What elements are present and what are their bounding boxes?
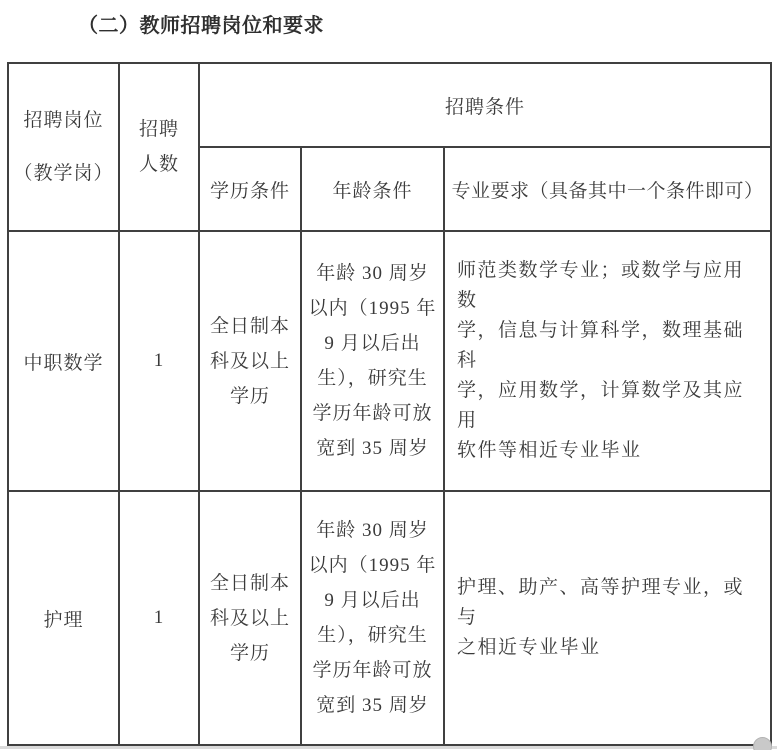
document-page: （二）教师招聘岗位和要求 招聘岗位 （教学岗） 招聘 人数 招聘条件 — [0, 0, 777, 750]
age-value: 年龄 30 周岁 以内（1995 年 9 月以后出 生），研究生 学历年龄可放 … — [302, 513, 443, 723]
header-position-label: 招聘岗位 （教学岗） — [9, 94, 118, 200]
count-value: 1 — [120, 607, 198, 629]
major-value: 师范类数学专业；或数学与应用数 学，信息与计算科学，数理基础科 学，应用数学，计… — [457, 256, 761, 466]
header-major: 专业要求（具备其中一个条件即可） — [444, 147, 771, 231]
education-value: 全日制本 科及以上 学历 — [200, 566, 300, 671]
table-row: 护理 1 全日制本 科及以上 学历 年龄 30 周岁 以内（1995 年 9 月… — [8, 491, 771, 745]
table-row: 中职数学 1 全日制本 科及以上 学历 年龄 30 周岁 以内（1995 年 9… — [8, 231, 771, 491]
cell-count: 1 — [119, 491, 199, 745]
section-title: （二）教师招聘岗位和要求 — [78, 9, 324, 38]
cell-age: 年龄 30 周岁 以内（1995 年 9 月以后出 生），研究生 学历年龄可放 … — [301, 491, 444, 745]
header-age-label: 年龄条件 — [302, 176, 443, 203]
cell-education: 全日制本 科及以上 学历 — [199, 491, 301, 745]
cell-age: 年龄 30 周岁 以内（1995 年 9 月以后出 生），研究生 学历年龄可放 … — [301, 231, 444, 491]
header-age: 年龄条件 — [301, 147, 444, 231]
count-value: 1 — [120, 350, 198, 372]
cell-position: 中职数学 — [8, 231, 119, 491]
position-value: 护理 — [9, 605, 118, 632]
header-position: 招聘岗位 （教学岗） — [8, 63, 119, 231]
header-conditions-label: 招聘条件 — [200, 92, 770, 119]
cell-position: 护理 — [8, 491, 119, 745]
header-row-1: 招聘岗位 （教学岗） 招聘 人数 招聘条件 — [8, 63, 771, 147]
position-value: 中职数学 — [9, 348, 118, 375]
major-value: 护理、助产、高等护理专业，或与 之相近专业毕业 — [457, 573, 761, 663]
header-count-label: 招聘 人数 — [120, 112, 198, 182]
header-conditions-group: 招聘条件 — [199, 63, 771, 147]
cell-education: 全日制本 科及以上 学历 — [199, 231, 301, 491]
header-count: 招聘 人数 — [119, 63, 199, 231]
header-education: 学历条件 — [199, 147, 301, 231]
cell-major: 师范类数学专业；或数学与应用数 学，信息与计算科学，数理基础科 学，应用数学，计… — [444, 231, 771, 491]
recruitment-table: 招聘岗位 （教学岗） 招聘 人数 招聘条件 学历条件 年龄条件 专业要求（具备其… — [7, 62, 772, 746]
header-education-label: 学历条件 — [200, 176, 300, 203]
age-value: 年龄 30 周岁 以内（1995 年 9 月以后出 生），研究生 学历年龄可放 … — [302, 256, 443, 466]
education-value: 全日制本 科及以上 学历 — [200, 309, 300, 414]
cell-count: 1 — [119, 231, 199, 491]
cell-major: 护理、助产、高等护理专业，或与 之相近专业毕业 — [444, 491, 771, 745]
table-drag-handle-icon[interactable] — [753, 737, 772, 750]
header-major-label: 专业要求（具备其中一个条件即可） — [445, 176, 770, 203]
table-bottom-shadow — [0, 746, 777, 749]
